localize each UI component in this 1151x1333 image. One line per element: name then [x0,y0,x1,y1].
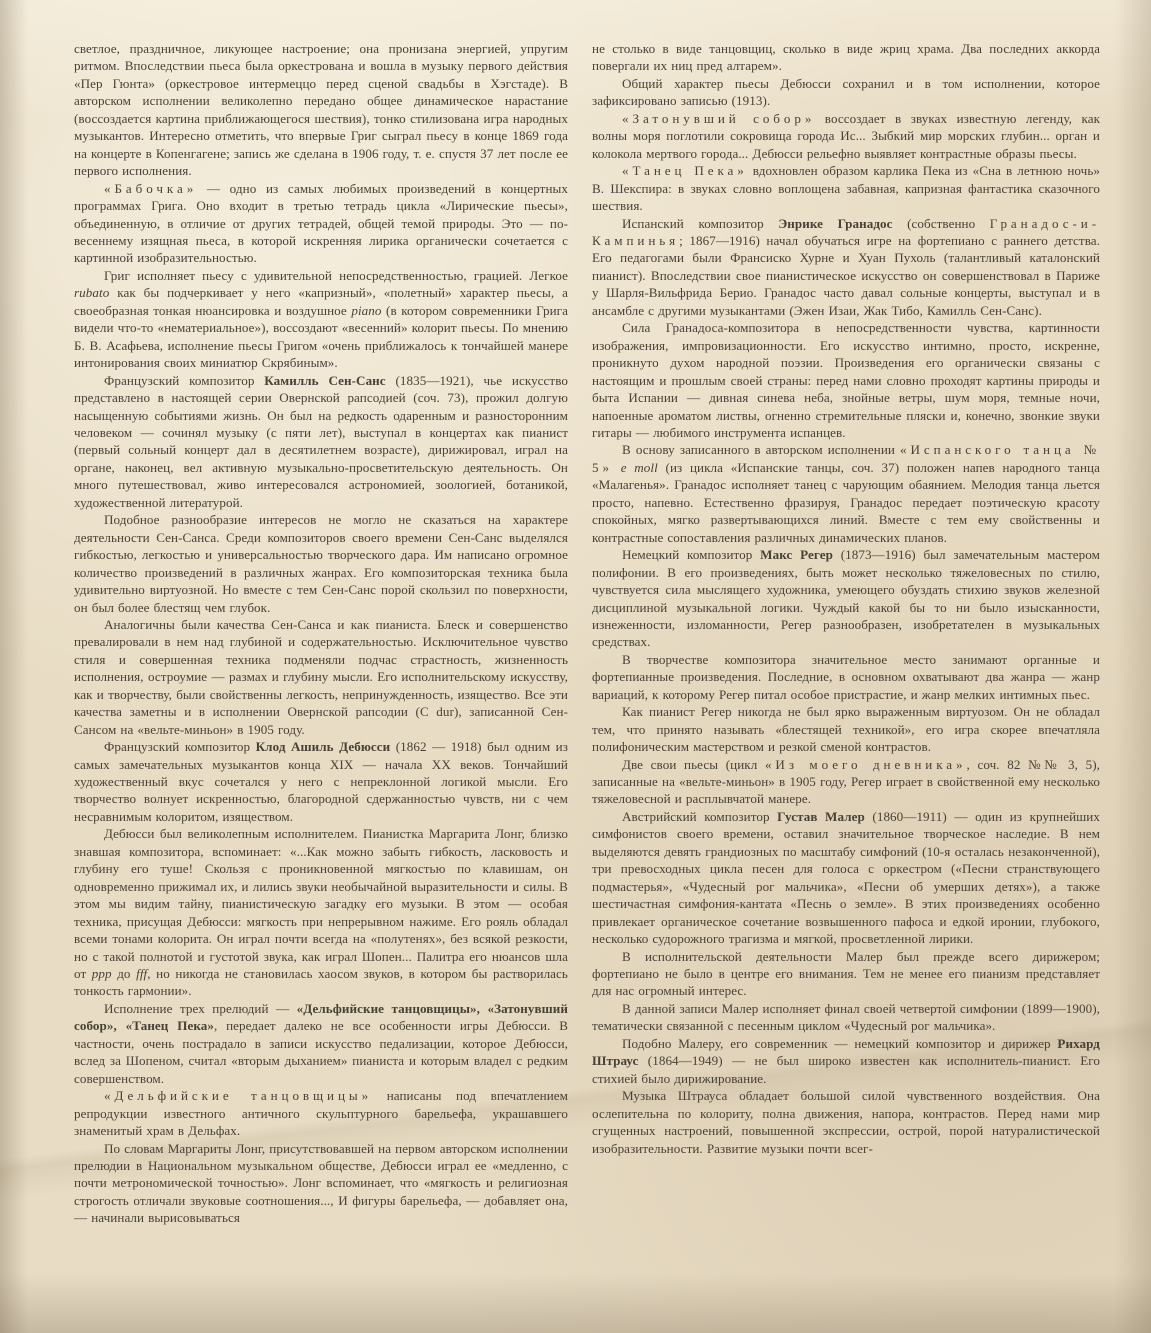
text-segment: «Дельфийские танцовщицы» [104,1088,372,1103]
text-segment: (из цикла «Испанские танцы, соч. 37) пол… [592,460,1100,545]
emphasized-text: Макс Регер [760,547,833,562]
paragraph: В исполнительской деятельности Малер был… [592,948,1100,1000]
text-segment: rubato [74,285,109,300]
paragraph: Французский композитор Клод Ашиль Дебюсс… [74,738,568,825]
paragraph: Музыка Штрауса обладает большой силой чу… [592,1087,1100,1157]
text-segment: «Из моего дневника» [765,757,967,772]
text-segment: (собственно [893,216,990,231]
text-segment: не столько в виде танцовщиц, сколько в в… [592,41,1100,73]
text-segment: piano [351,303,381,318]
paragraph: Григ исполняет пьесу с удивительной непо… [74,267,568,372]
emphasized-text: Густав Малер [777,809,865,824]
text-segment: (1873—1916) был замечательным мастером п… [592,547,1100,649]
text-column-left: светлое, праздничное, ликующее настроени… [74,40,568,1227]
emphasized-text: Камилль Сен-Санс [264,373,385,388]
paragraph: Австрийский композитор Густав Малер (186… [592,808,1100,948]
paragraph: По словам Маргариты Лонг, присутствовавш… [74,1140,568,1227]
text-segment [613,460,621,475]
paragraph: Испанский композитор Энрике Гранадос (со… [592,215,1100,320]
paragraph: Аналогичны были качества Сен-Санса и как… [74,616,568,738]
text-segment: Австрийский композитор [622,809,777,824]
paragraph: Исполнение трех прелюдий — «Дельфийские … [74,1000,568,1087]
paragraph: В основу записанного в авторском исполне… [592,441,1100,546]
text-segment: Французский композитор [104,373,264,388]
text-segment: «Бабочка» [104,181,197,196]
paragraph: Французский композитор Камилль Сен-Санс … [74,372,568,512]
text-segment: (1835—1921), чье искусство представлено … [74,373,568,510]
text-segment: Общий характер пьесы Дебюсси сохранил и … [592,76,1100,108]
text-segment: , но никогда не становилась хаосом звуко… [74,966,568,998]
text-segment: Подобное разнообразие интересов не могло… [74,512,568,614]
text-segment: В исполнительской деятельности Малер был… [592,949,1100,999]
text-segment: Аналогичны были качества Сен-Санса и как… [74,617,568,737]
paragraph: Подобное разнообразие интересов не могло… [74,511,568,616]
paragraph: светлое, праздничное, ликующее настроени… [74,40,568,180]
paragraph: не столько в виде танцовщиц, сколько в в… [592,40,1100,75]
text-segment: fff [136,966,147,981]
text-segment: В основу записанного в авторском исполне… [622,442,900,457]
paragraph: «Бабочка» — одно из самых любимых произв… [74,180,568,267]
text-segment: Французский композитор [104,739,256,754]
paragraph: Подобно Малеру, его современник — немецк… [592,1035,1100,1087]
paragraph: Сила Гранадоса-композитора в непосредств… [592,319,1100,441]
text-segment: ppp [92,966,112,981]
text-segment: Музыка Штрауса обладает большой силой чу… [592,1088,1100,1155]
scanned-page: светлое, праздничное, ликующее настроени… [0,0,1151,1333]
text-segment: Исполнение трех прелюдий — [104,1001,297,1016]
paragraph: Немецкий композитор Макс Регер (1873—191… [592,546,1100,651]
text-segment: «Затонувший собор» [622,111,815,126]
text-segment: светлое, праздничное, ликующее настроени… [74,41,568,178]
text-segment: (1860—1911) — один из крупнейших симфони… [592,809,1100,946]
paragraph: Дебюсси был великолепным исполнителем. П… [74,825,568,1000]
emphasized-text: Энрике Гранадос [778,216,892,231]
emphasized-text: Клод Ашиль Дебюсси [256,739,391,754]
paragraph: Общий характер пьесы Дебюсси сохранил и … [592,75,1100,110]
text-segment: Подобно Малеру, его современник — немецк… [622,1036,1057,1051]
text-segment: (1864—1949) — не был широко известен как… [592,1053,1100,1085]
text-segment: Две свои пьесы (цикл [622,757,765,772]
paragraph: «Танец Пека» вдохновлен образом карлика … [592,162,1100,214]
text-column-right: не столько в виде танцовщиц, сколько в в… [592,40,1100,1157]
text-segment: Испанский композитор [622,216,778,231]
text-segment: до [112,966,136,981]
text-segment: Дебюсси был великолепным исполнителем. П… [74,826,568,981]
text-segment: Немецкий композитор [622,547,760,562]
text-segment: Как пианист Регер никогда не был ярко вы… [592,704,1100,754]
paragraph: В данной записи Малер исполняет финал св… [592,1000,1100,1035]
paragraph: Как пианист Регер никогда не был ярко вы… [592,703,1100,755]
text-segment: В данной записи Малер исполняет финал св… [592,1001,1100,1033]
text-segment: Григ исполняет пьесу с удивительной непо… [104,268,568,283]
text-segment: e moll [621,460,658,475]
text-segment: Сила Гранадоса-композитора в непосредств… [592,320,1100,440]
paragraph: В творчестве композитора значительное ме… [592,651,1100,703]
text-segment: В творчестве композитора значительное ме… [592,652,1100,702]
paragraph: «Дельфийские танцовщицы» написаны под вп… [74,1087,568,1139]
text-segment: По словам Маргариты Лонг, присутствовавш… [74,1141,568,1226]
paragraph: «Затонувший собор» воссоздает в звуках и… [592,110,1100,162]
paragraph: Две свои пьесы (цикл «Из моего дневника»… [592,756,1100,808]
text-segment: «Танец Пека» [622,163,748,178]
